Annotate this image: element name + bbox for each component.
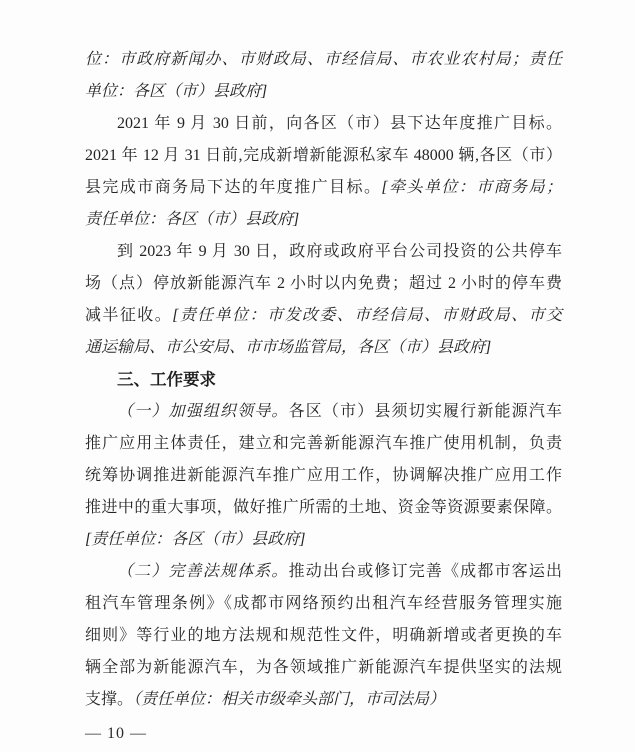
body-text-segment: 场（点）停放新能源汽车 2 小时以内免费；超过 2 小时的停车费 — [85, 275, 562, 292]
document-line: 到 2023 年 9 月 30 日，政府或政府平台公司投资的公共停车 — [85, 236, 562, 268]
body-text-segment: 推动出台或修订完善《成都市客运出 — [289, 563, 562, 580]
subsection-title-segment: （二）完善法规体系。 — [117, 563, 289, 580]
document-line: 场（点）停放新能源汽车 2 小时以内免费；超过 2 小时的停车费 — [85, 268, 562, 300]
body-text-segment: 辆全部为新能源汽车，为各领域推广新能源汽车提供坚实的法规 — [85, 659, 562, 676]
document-line: 通运输局、市公安局、市市场监管局，各区（市）县政府] — [85, 332, 562, 364]
document-body: 位：市政府新闻办、市财政局、市经信局、市农业农村局；责任 单位：各区（市）县政府… — [0, 0, 635, 716]
body-text-segment: 细则》等行业的地方法规和规范性文件，明确新增或者更换的车 — [85, 627, 562, 644]
annotation-text-segment: 通运输局、市公安局、市市场监管局，各区（市）县政府] — [85, 339, 491, 356]
document-line: 统筹协调推进新能源汽车推广应用工作，协调解决推广应用工作 — [85, 460, 562, 492]
annotation-text-segment: [责任单位：各区（市）县政府] — [85, 531, 305, 548]
body-text-segment: 县完成市商务局下达的年度推广目标。 — [85, 179, 381, 196]
page-number: — 10 — — [85, 722, 635, 746]
section-heading-text: 三、工作要求 — [117, 371, 216, 389]
document-line: 支撑。（责任单位：相关市级牵头部门，市司法局） — [85, 684, 562, 716]
annotation-text-segment: 单位：各区（市）县政府] — [85, 83, 267, 100]
annotation-text-segment: 责任单位：各区（市）县政府] — [85, 211, 299, 228]
document-line: 推进中的重大事项，做好推广所需的土地、资金等资源要素保障。 — [85, 492, 562, 524]
body-text-segment: 推广应用主体责任，建立和完善新能源汽车推广使用机制，负责 — [85, 435, 562, 452]
body-text-segment: 各区（市）县须切实履行新能源汽车 — [289, 403, 562, 420]
document-line: 位：市政府新闻办、市财政局、市经信局、市农业农村局；责任 — [85, 44, 562, 76]
document-line: 责任单位：各区（市）县政府] — [85, 204, 562, 236]
body-text-segment: 统筹协调推进新能源汽车推广应用工作，协调解决推广应用工作 — [85, 467, 562, 484]
document-line: 减半征收。[责任单位：市发改委、市经信局、市财政局、市交 — [85, 300, 562, 332]
body-text-segment: 减半征收。 — [85, 307, 172, 324]
document-page: 位：市政府新闻办、市财政局、市经信局、市农业农村局；责任 单位：各区（市）县政府… — [0, 0, 635, 752]
body-text-segment: 2021 年 12 月 31 日前,完成新增新能源私家车 48000 辆,各区（… — [85, 147, 562, 164]
document-line: （一）加强组织领导。各区（市）县须切实履行新能源汽车 — [85, 396, 562, 428]
annotation-text-segment: 位：市政府新闻办、市财政局、市经信局、市农业农村局；责任 — [85, 51, 562, 68]
document-line: （二）完善法规体系。推动出台或修订完善《成都市客运出 — [85, 556, 562, 588]
annotation-text-segment: （责任单位：相关市级牵头部门，市司法局） — [133, 691, 445, 708]
document-line: 县完成市商务局下达的年度推广目标。[牵头单位：市商务局； — [85, 172, 562, 204]
section-heading: 三、工作要求 — [85, 364, 562, 396]
document-line: 推广应用主体责任，建立和完善新能源汽车推广使用机制，负责 — [85, 428, 562, 460]
annotation-text-segment: [牵头单位：市商务局； — [381, 179, 562, 196]
body-text-segment: 租汽车管理条例》《成都市网络预约出租汽车经营服务管理实施 — [85, 595, 562, 612]
document-line: [责任单位：各区（市）县政府] — [85, 524, 562, 556]
body-text-segment: 支撑。 — [85, 691, 133, 708]
document-line: 细则》等行业的地方法规和规范性文件，明确新增或者更换的车 — [85, 620, 562, 652]
body-text-segment: 到 2023 年 9 月 30 日，政府或政府平台公司投资的公共停车 — [117, 243, 562, 260]
subsection-title-segment: （一）加强组织领导。 — [117, 403, 289, 420]
document-line: 2021 年 9 月 30 日前，向各区（市）县下达年度推广目标。 — [85, 108, 562, 140]
annotation-text-segment: [责任单位：市发改委、市经信局、市财政局、市交 — [172, 307, 562, 324]
document-line: 租汽车管理条例》《成都市网络预约出租汽车经营服务管理实施 — [85, 588, 562, 620]
document-line: 2021 年 12 月 31 日前,完成新增新能源私家车 48000 辆,各区（… — [85, 140, 562, 172]
body-text-segment: 2021 年 9 月 30 日前，向各区（市）县下达年度推广目标。 — [117, 115, 562, 132]
body-text-segment: 推进中的重大事项，做好推广所需的土地、资金等资源要素保障。 — [85, 499, 562, 516]
document-line: 辆全部为新能源汽车，为各领域推广新能源汽车提供坚实的法规 — [85, 652, 562, 684]
document-line: 单位：各区（市）县政府] — [85, 76, 562, 108]
